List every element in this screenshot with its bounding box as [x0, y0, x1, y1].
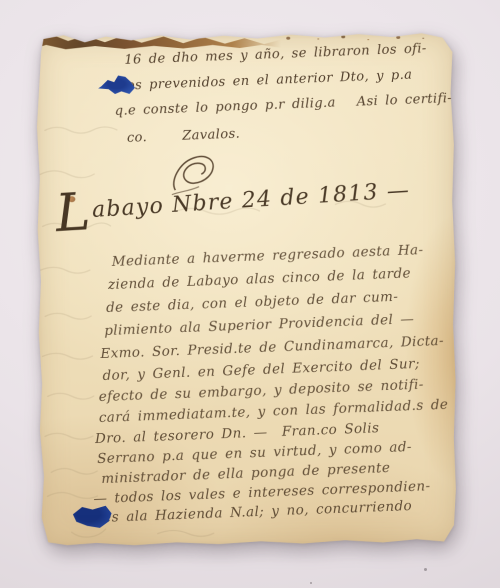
- manuscript-page: 16 de dho mes y año, se libraron los ofi…: [34, 32, 459, 549]
- manuscript-dateline: Labayo Nbre 24 de 1813 —: [54, 172, 411, 236]
- dust-speck: [424, 568, 427, 571]
- dateline-initial-letter: L: [54, 182, 94, 244]
- dust-speck: [310, 582, 312, 584]
- manuscript-line: cios prevenidos en el anterior Dto, y p.…: [114, 68, 412, 92]
- manuscript-line: de este dia, con el objeto de dar cum-: [106, 291, 399, 316]
- manuscript-line: zienda de Labayo alas cinco de la tarde: [108, 267, 411, 292]
- photograph-backdrop: 16 de dho mes y año, se libraron los ofi…: [0, 0, 500, 588]
- blue-ink-blot-top: [96, 73, 136, 95]
- signature-line: co. Zavalos.: [127, 127, 241, 144]
- manuscript-line: plimiento ala Superior Providencia del —: [104, 313, 415, 338]
- manuscript-page-wrapper: 16 de dho mes y año, se libraron los ofi…: [34, 32, 459, 549]
- burn-speck-marks: [286, 37, 290, 40]
- manuscript-line: q.e conste lo pongo p.r dilig.a Asi lo c…: [115, 92, 453, 118]
- dateline-text: abayo Nbre 24 de 1813 —: [91, 178, 410, 223]
- burnt-edge-stain: [36, 33, 281, 50]
